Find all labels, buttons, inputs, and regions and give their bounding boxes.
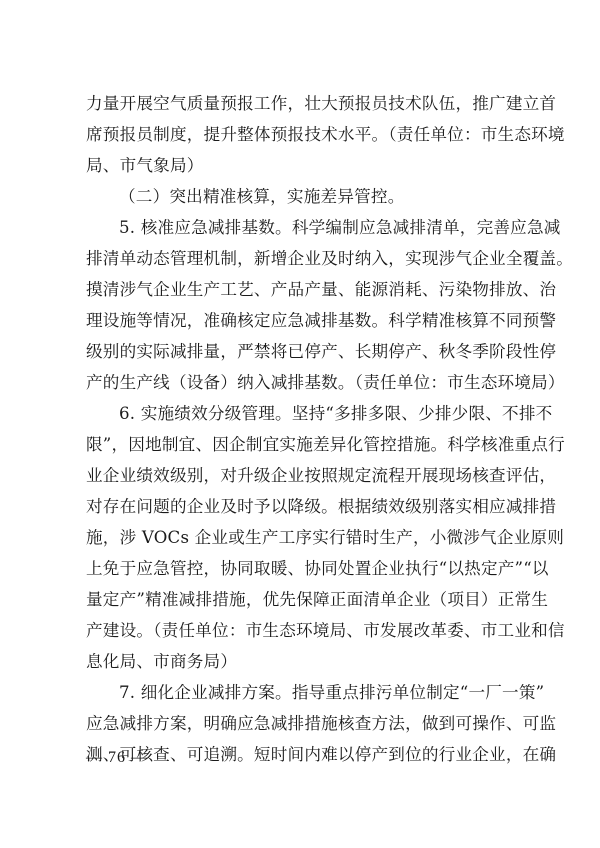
text-line-1: 力量开展空气质量预报工作，壮大预报员技术队伍，推广建立首	[86, 88, 516, 119]
text-line-17: 量定产”精准减排措施，优先保障正面清单企业（项目）正常生	[86, 584, 516, 615]
text-line-15: 施，涉 VOCs 企业或生产工序实行错时生产，小微涉气企业原则	[86, 522, 516, 553]
text-line-16: 上免于应急管控，协同取暖、协同处置企业执行“以热定产”“以	[86, 553, 516, 584]
text-line-2: 席预报员制度，提升整体预报技术水平。（责任单位：市生态环境	[86, 119, 516, 150]
text-line-22: 测、可核查、可追溯。短时间内难以停产到位的行业企业，在确	[86, 739, 516, 770]
item-6-heading-line: 6. 实施绩效分级管理。坚持“多排多限、少排少限、不排不	[86, 398, 516, 429]
item-5-heading-line: 5. 核准应急减排基数。科学编制应急减排清单，完善应急减	[86, 212, 516, 243]
section-heading: （二）突出精准核算，实施差异管控。	[86, 181, 516, 212]
item-7-heading-line: 7. 细化企业减排方案。指导重点排污单位制定“一厂一策”	[86, 677, 516, 708]
text-line-14: 对存在问题的企业及时予以降级。根据绩效级别落实相应减排措	[86, 491, 516, 522]
page-number: — 76 —	[86, 746, 148, 770]
text-line-6: 排清单动态管理机制，新增企业及时纳入，实现涉气企业全覆盖。	[86, 243, 516, 274]
text-line-9: 级别的实际减排量，严禁将已停产、长期停产、秋冬季阶段性停	[86, 336, 516, 367]
text-line-10: 产的生产线（设备）纳入减排基数。（责任单位：市生态环境局）	[86, 367, 516, 398]
text-line-18: 产建设。（责任单位：市生态环境局、市发展改革委、市工业和信	[86, 615, 516, 646]
text-line-3: 局、市气象局）	[86, 150, 516, 181]
text-line-13: 业企业绩效级别，对升级企业按照规定流程开展现场核查评估，	[86, 460, 516, 491]
text-line-8: 理设施等情况，准确核定应急减排基数。科学精准核算不同预警	[86, 305, 516, 336]
text-line-21: 应急减排方案，明确应急减排措施核查方法，做到可操作、可监	[86, 708, 516, 739]
text-line-7: 摸清涉气企业生产工艺、产品产量、能源消耗、污染物排放、治	[86, 274, 516, 305]
text-line-19: 息化局、市商务局）	[86, 646, 516, 677]
document-body: 力量开展空气质量预报工作，壮大预报员技术队伍，推广建立首 席预报员制度，提升整体…	[86, 88, 516, 770]
text-line-12: 限”，因地制宜、因企制宜实施差异化管控措施。科学核准重点行	[86, 429, 516, 460]
